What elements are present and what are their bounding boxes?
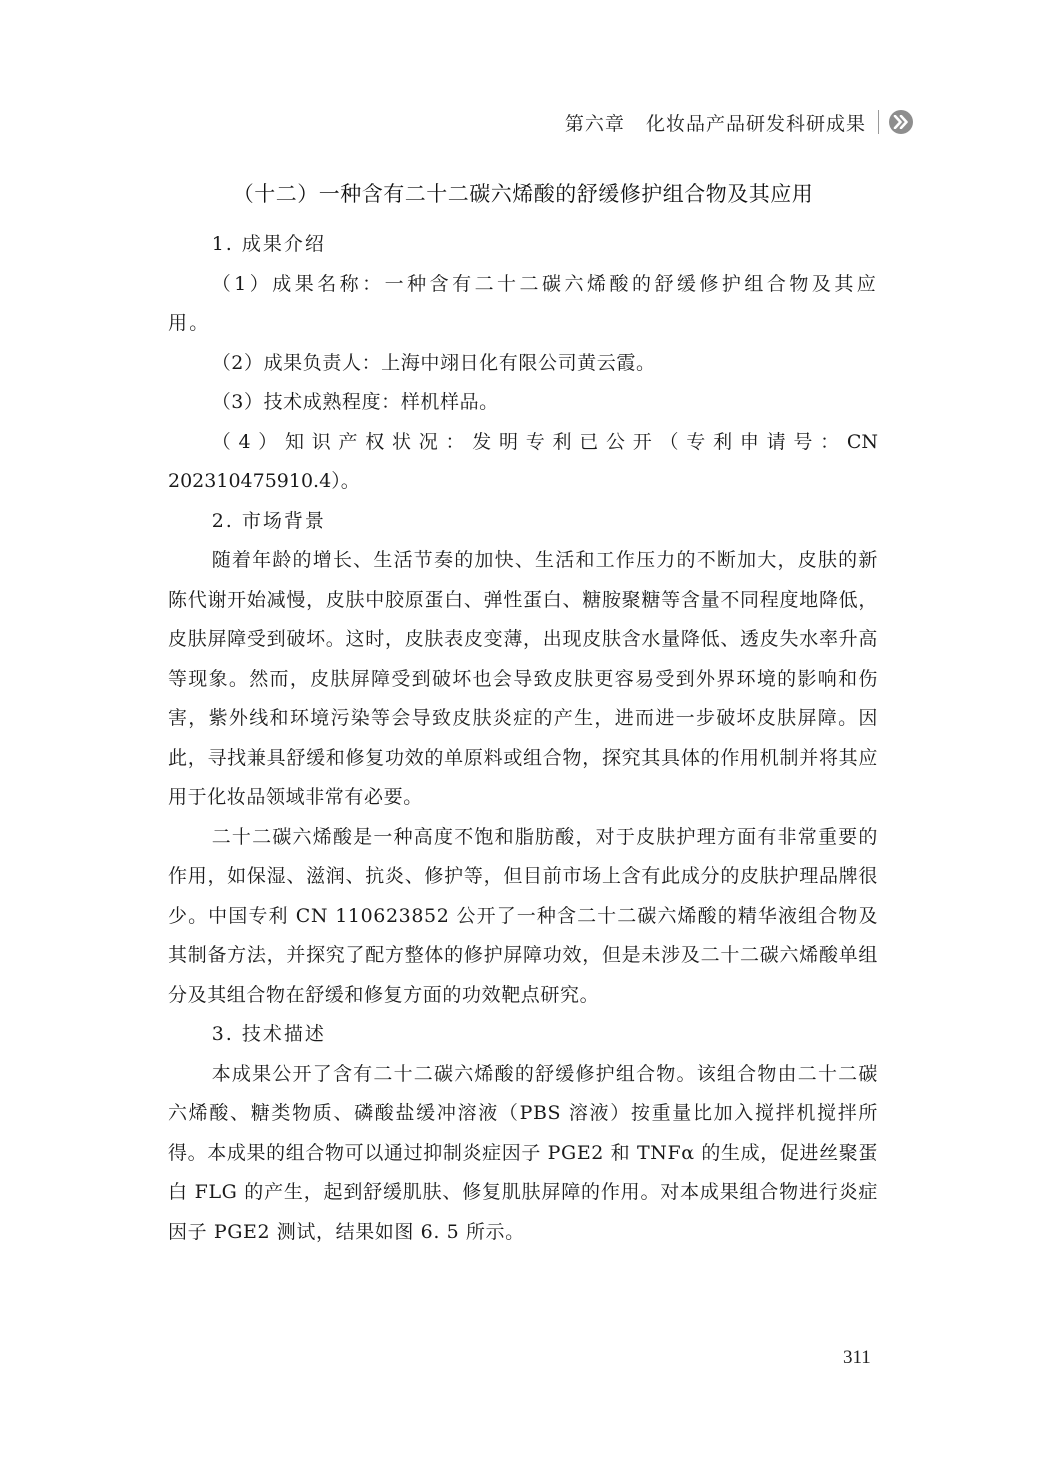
subsection-heading-achievement-intro: 1. 成果介绍 — [168, 225, 878, 265]
paragraph-market-1: 随着年龄的增长、生活节奏的加快、生活和工作压力的不断加大，皮肤的新陈代谢开始减慢… — [168, 541, 878, 818]
list-item-ip-status: （4）知识产权状况：发明专利已公开（专利申请号：CN 202310475910.… — [168, 423, 878, 502]
paragraph-tech-1: 本成果公开了含有二十二碳六烯酸的舒缓修护组合物。该组合物由二十二碳六烯酸、糖类物… — [168, 1055, 878, 1253]
chapter-title: 化妆品产品研发科研成果 — [646, 109, 866, 136]
subsection-heading-tech-description: 3. 技术描述 — [168, 1015, 878, 1055]
running-header: 第六章 化妆品产品研发科研成果 — [565, 108, 913, 136]
chapter-spacer — [625, 111, 646, 133]
chapter-label: 第六章 — [565, 109, 625, 136]
section-title: （十二）一种含有二十二碳六烯酸的舒缓修护组合物及其应用 — [168, 178, 878, 210]
paragraph-market-2: 二十二碳六烯酸是一种高度不饱和脂肪酸，对于皮肤护理方面有非常重要的作用，如保湿、… — [168, 818, 878, 1016]
page-number: 311 — [843, 1347, 871, 1369]
list-item-responsible-person: （2）成果负责人：上海中翊日化有限公司黄云霞。 — [168, 344, 878, 384]
list-item-achievement-name: （1）成果名称：一种含有二十二碳六烯酸的舒缓修护组合物及其应用。 — [168, 265, 878, 344]
header-divider — [878, 110, 879, 134]
subsection-heading-market-background: 2. 市场背景 — [168, 502, 878, 542]
double-chevron-right-icon — [889, 110, 913, 134]
list-item-maturity: （3）技术成熟程度：样机样品。 — [168, 383, 878, 423]
page-content: （十二）一种含有二十二碳六烯酸的舒缓修护组合物及其应用 1. 成果介绍 （1）成… — [168, 178, 878, 1252]
